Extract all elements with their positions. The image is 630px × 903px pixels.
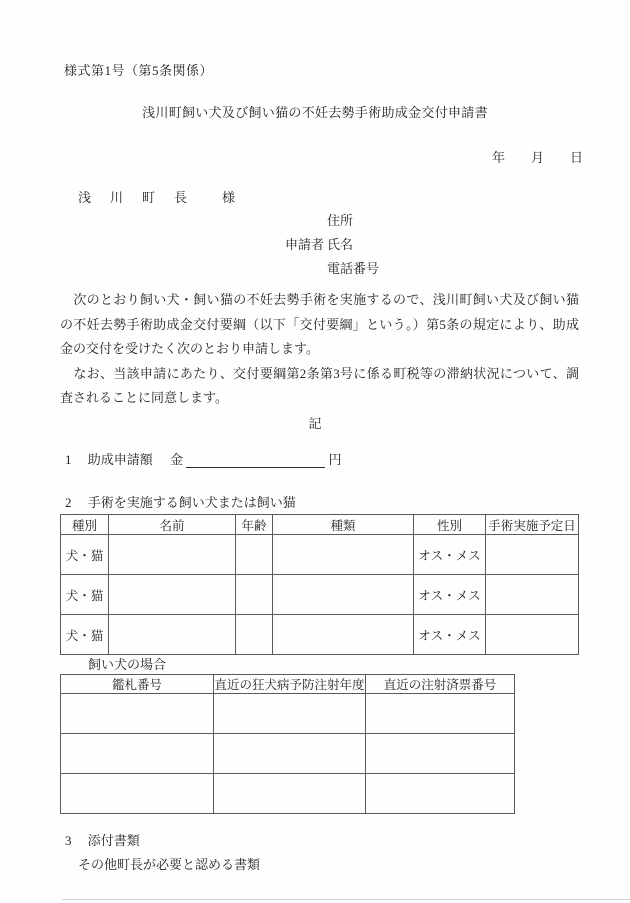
page-bottom-divider	[62, 899, 630, 900]
record-marker: 記	[0, 413, 630, 432]
animal-table-row: 犬・猫 オス・メス	[61, 535, 579, 575]
section-1-heading: 1 助成申請額 金 円	[65, 449, 342, 468]
dog-table-row	[61, 774, 515, 814]
cell-breed	[273, 575, 414, 615]
section-3-item: その他町長が必要と認める書類	[78, 854, 260, 873]
dog-table-row	[61, 734, 515, 774]
cell-rabies-vaccination-year	[214, 734, 366, 774]
form-number: 様式第1号（第5条関係）	[64, 60, 213, 79]
header-license-number: 鑑札番号	[61, 675, 214, 694]
cell-name	[109, 575, 236, 615]
cell-age	[236, 535, 273, 575]
section-1-number: 1	[65, 452, 72, 467]
cell-license-number	[61, 694, 214, 734]
cell-age	[236, 575, 273, 615]
applicant-address-label: 住所	[327, 209, 379, 233]
document-page: 様式第1号（第5条関係） 浅川町飼い犬及び飼い猫の不妊去勢手術助成金交付申請書 …	[0, 0, 630, 903]
animal-table-row: 犬・猫 オス・メス	[61, 575, 579, 615]
cell-surgery-date	[486, 535, 579, 575]
dog-table-header-row: 鑑札番号 直近の狂犬病予防注射年度 直近の注射済票番号	[61, 675, 515, 694]
applicant-phone-label: 電話番号	[327, 257, 379, 281]
section-2-number: 2	[65, 495, 72, 510]
cell-license-number	[61, 774, 214, 814]
cell-name	[109, 615, 236, 655]
applicant-label: 申請者	[285, 233, 327, 257]
cell-breed	[273, 615, 414, 655]
header-sex: 性別	[414, 515, 486, 535]
cell-license-number	[61, 734, 214, 774]
body-paragraph-1: 次のとおり飼い犬・飼い猫の不妊去勢手術を実施するので、浅川町飼い犬及び飼い猫の不…	[60, 288, 579, 362]
section-3-label: 添付書類	[88, 833, 140, 848]
applicant-name-label: 氏名	[327, 233, 379, 257]
animal-table-header-row: 種別 名前 年齢 種類 性別 手術実施予定日	[61, 515, 579, 535]
cell-age	[236, 615, 273, 655]
cell-rabies-vaccination-year	[214, 774, 366, 814]
header-surgery-date: 手術実施予定日	[486, 515, 579, 535]
dog-case-label: 飼い犬の場合	[88, 654, 166, 673]
cell-surgery-date	[486, 575, 579, 615]
cell-sex: オス・メス	[414, 615, 486, 655]
cell-species: 犬・猫	[61, 535, 109, 575]
section-2-heading: 2 手術を実施する飼い犬または飼い猫	[65, 492, 296, 511]
dog-table: 鑑札番号 直近の狂犬病予防注射年度 直近の注射済票番号	[60, 674, 515, 814]
animal-table-row: 犬・猫 オス・メス	[61, 615, 579, 655]
amount-blank-line	[186, 452, 325, 468]
dog-table-row	[61, 694, 515, 734]
cell-surgery-date	[486, 615, 579, 655]
cell-species: 犬・猫	[61, 615, 109, 655]
body-text: 次のとおり飼い犬・飼い猫の不妊去勢手術を実施するので、浅川町飼い犬及び飼い猫の不…	[60, 288, 579, 411]
applicant-block: 申請者 住所 氏名 電話番号	[285, 209, 379, 281]
header-age: 年齢	[236, 515, 273, 535]
header-breed: 種類	[273, 515, 414, 535]
cell-name	[109, 535, 236, 575]
cell-vaccination-tag-number	[366, 774, 515, 814]
body-paragraph-2: なお、当該申請にあたり、交付要綱第2条第3号に係る町税等の滞納状況について、調査…	[60, 362, 579, 411]
cell-vaccination-tag-number	[366, 734, 515, 774]
header-vaccination-tag-number: 直近の注射済票番号	[366, 675, 515, 694]
animal-table: 種別 名前 年齢 種類 性別 手術実施予定日 犬・猫 オス・メス 犬・猫 オス・…	[60, 514, 579, 655]
header-rabies-vaccination-year: 直近の狂犬病予防注射年度	[214, 675, 366, 694]
addressee-line: 浅 川 町 長 様	[78, 187, 238, 206]
header-species: 種別	[61, 515, 109, 535]
cell-rabies-vaccination-year	[214, 694, 366, 734]
cell-species: 犬・猫	[61, 575, 109, 615]
date-line: 年 月 日	[492, 147, 583, 166]
amount-unit: 円	[329, 452, 342, 467]
header-name: 名前	[109, 515, 236, 535]
cell-sex: オス・メス	[414, 535, 486, 575]
section-2-label: 手術を実施する飼い犬または飼い猫	[88, 495, 296, 510]
cell-vaccination-tag-number	[366, 694, 515, 734]
document-title: 浅川町飼い犬及び飼い猫の不妊去勢手術助成金交付申請書	[0, 102, 630, 121]
section-3-number: 3	[65, 833, 72, 848]
section-1-label: 助成申請額	[88, 452, 153, 467]
cell-breed	[273, 535, 414, 575]
cell-sex: オス・メス	[414, 575, 486, 615]
amount-currency-prefix: 金	[170, 452, 183, 467]
section-3-heading: 3 添付書類	[65, 830, 140, 849]
